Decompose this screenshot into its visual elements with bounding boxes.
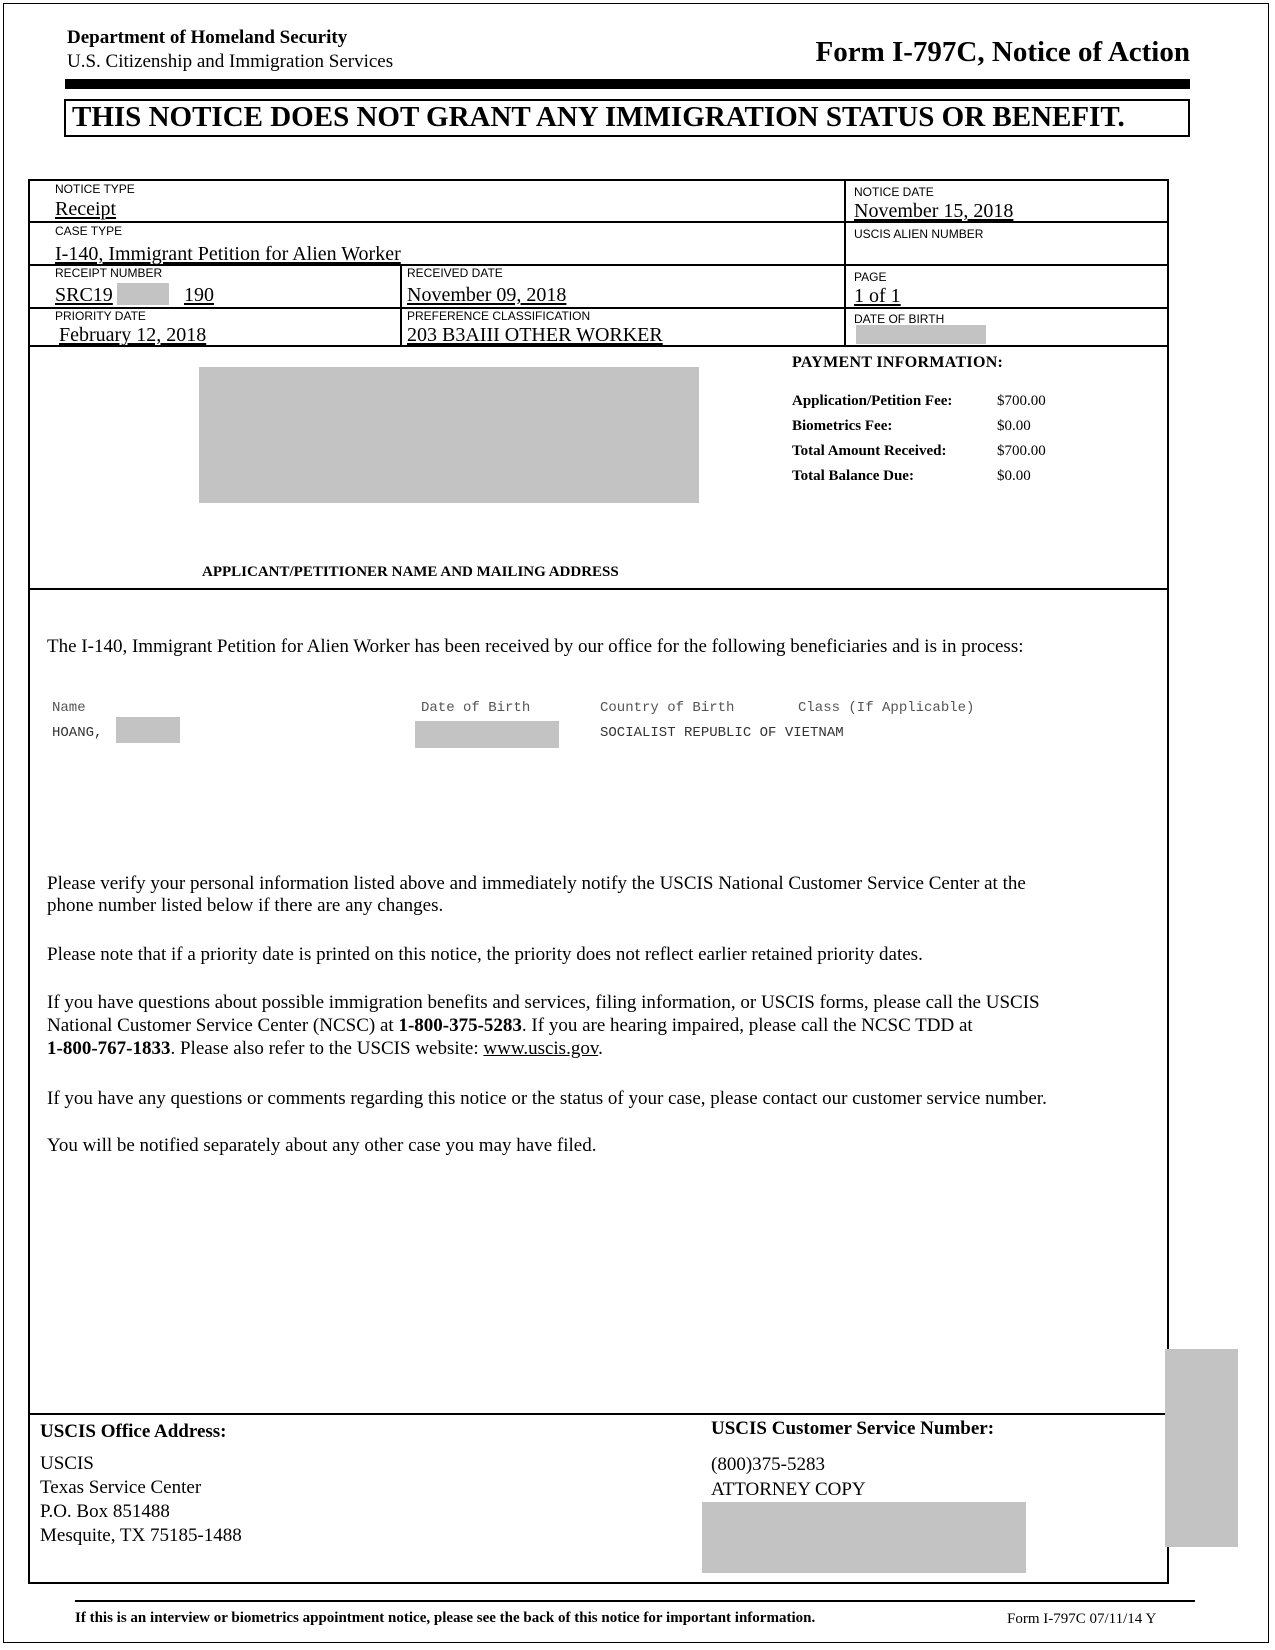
payment-row-label: Biometrics Fee: xyxy=(792,418,892,435)
payment-row-label: Total Amount Received: xyxy=(792,443,946,460)
header-rule xyxy=(65,79,1190,89)
office-address-line: Texas Service Center xyxy=(40,1477,201,1499)
payment-row-value: $0.00 xyxy=(997,418,1031,435)
notice-date-label: NOTICE DATE xyxy=(854,185,934,199)
section-divider xyxy=(28,588,1169,590)
payment-row-label: Application/Petition Fee: xyxy=(792,393,952,410)
payment-row-value: $700.00 xyxy=(997,393,1046,410)
payment-title: PAYMENT INFORMATION: xyxy=(792,354,1003,372)
office-address-line: USCIS xyxy=(40,1453,94,1475)
date-of-birth-redaction xyxy=(856,325,986,344)
preference-classification-value: 203 B3AIII OTHER WORKER xyxy=(407,324,663,347)
priority-date-value: February 12, 2018 xyxy=(59,324,206,347)
office-address-line: P.O. Box 851488 xyxy=(40,1501,170,1523)
payment-row-value: $0.00 xyxy=(997,468,1031,485)
column-divider xyxy=(844,179,846,345)
questions-text: . Please also refer to the USCIS website… xyxy=(170,1038,483,1059)
applicant-address-redaction xyxy=(199,367,699,503)
priority-date-label: PRIORITY DATE xyxy=(55,309,146,323)
uscis-website-link[interactable]: www.uscis.gov xyxy=(483,1038,598,1059)
office-address-title: USCIS Office Address: xyxy=(40,1421,227,1443)
date-of-birth-label: DATE OF BIRTH xyxy=(854,312,944,326)
notice-date-value: November 15, 2018 xyxy=(854,200,1013,223)
payment-row-value: $700.00 xyxy=(997,443,1046,460)
footer-rule xyxy=(75,1600,1195,1602)
side-redaction xyxy=(1165,1349,1238,1547)
beneficiary-header-dob: Date of Birth xyxy=(421,700,530,716)
other-case-text: You will be notified separately about an… xyxy=(47,1135,596,1157)
case-type-label: CASE TYPE xyxy=(55,224,122,238)
department-name: Department of Homeland Security xyxy=(67,27,347,49)
receipt-number-label: RECEIPT NUMBER xyxy=(55,266,162,280)
beneficiary-name: HOANG, xyxy=(52,725,102,741)
receipt-number-suffix: 190 xyxy=(184,284,214,307)
column-divider xyxy=(400,264,402,345)
tdd-phone: 1-800-767-1833 xyxy=(47,1038,170,1059)
contact-text: If you have any questions or comments re… xyxy=(47,1088,1047,1110)
footer-notice: If this is an interview or biometrics ap… xyxy=(75,1610,815,1627)
office-address-line: Mesquite, TX 75185-1488 xyxy=(40,1525,242,1547)
alien-number-label: USCIS ALIEN NUMBER xyxy=(854,227,983,241)
verify-text-line-1: Please verify your personal information … xyxy=(47,873,1026,895)
case-type-value: I-140, Immigrant Petition for Alien Work… xyxy=(55,243,401,266)
beneficiary-header-name: Name xyxy=(52,700,86,716)
notice-banner: THIS NOTICE DOES NOT GRANT ANY IMMIGRATI… xyxy=(72,101,1125,134)
receipt-number-redaction xyxy=(117,283,169,305)
agency-name: U.S. Citizenship and Immigration Service… xyxy=(67,51,393,73)
page-label: PAGE xyxy=(854,270,886,284)
beneficiary-header-class: Class (If Applicable) xyxy=(798,700,974,716)
footer-form-code: Form I-797C 07/11/14 Y xyxy=(1007,1611,1156,1628)
beneficiary-header-country: Country of Birth xyxy=(600,700,734,716)
verify-text-line-2: phone number listed below if there are a… xyxy=(47,895,443,917)
questions-text: . xyxy=(598,1038,603,1059)
questions-text-line-3: 1-800-767-1833. Please also refer to the… xyxy=(47,1038,603,1060)
priority-note-text: Please note that if a priority date is p… xyxy=(47,944,923,966)
questions-text-line-2: National Customer Service Center (NCSC) … xyxy=(47,1015,973,1037)
page-value: 1 of 1 xyxy=(854,285,901,308)
questions-text: . If you are hearing impaired, please ca… xyxy=(522,1015,973,1036)
beneficiary-country: SOCIALIST REPUBLIC OF VIETNAM xyxy=(600,725,844,741)
beneficiary-dob-redaction xyxy=(415,721,559,748)
payment-row-label: Total Balance Due: xyxy=(792,468,914,485)
preference-classification-label: PREFERENCE CLASSIFICATION xyxy=(407,309,590,323)
received-date-label: RECEIVED DATE xyxy=(407,266,503,280)
ncsc-phone: 1-800-375-5283 xyxy=(398,1015,521,1036)
questions-text-line-1: If you have questions about possible imm… xyxy=(47,992,1040,1014)
receipt-number-prefix: SRC19 xyxy=(55,284,113,307)
beneficiary-name-redaction xyxy=(116,717,180,743)
notice-type-value: Receipt xyxy=(55,198,116,221)
notice-type-label: NOTICE TYPE xyxy=(55,182,135,196)
row-divider xyxy=(28,307,1169,309)
form-title: Form I-797C, Notice of Action xyxy=(816,36,1191,69)
questions-text: National Customer Service Center (NCSC) … xyxy=(47,1015,398,1036)
attorney-copy-label: ATTORNEY COPY xyxy=(711,1479,866,1501)
section-divider xyxy=(28,1413,1169,1415)
received-date-value: November 09, 2018 xyxy=(407,284,566,307)
attorney-info-redaction xyxy=(702,1502,1026,1573)
customer-service-title: USCIS Customer Service Number: xyxy=(711,1418,994,1440)
intro-text: The I-140, Immigrant Petition for Alien … xyxy=(47,636,1024,658)
customer-service-phone: (800)375-5283 xyxy=(711,1454,825,1476)
applicant-address-label: APPLICANT/PETITIONER NAME AND MAILING AD… xyxy=(202,564,619,581)
